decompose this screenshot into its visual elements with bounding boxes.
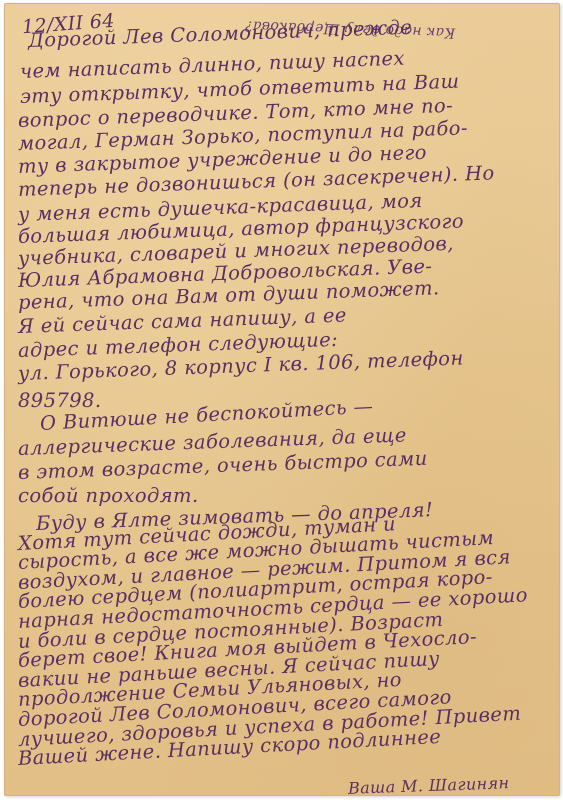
letter-line: собой проходят.	[18, 486, 199, 506]
letter-line: 895798.	[18, 391, 101, 411]
